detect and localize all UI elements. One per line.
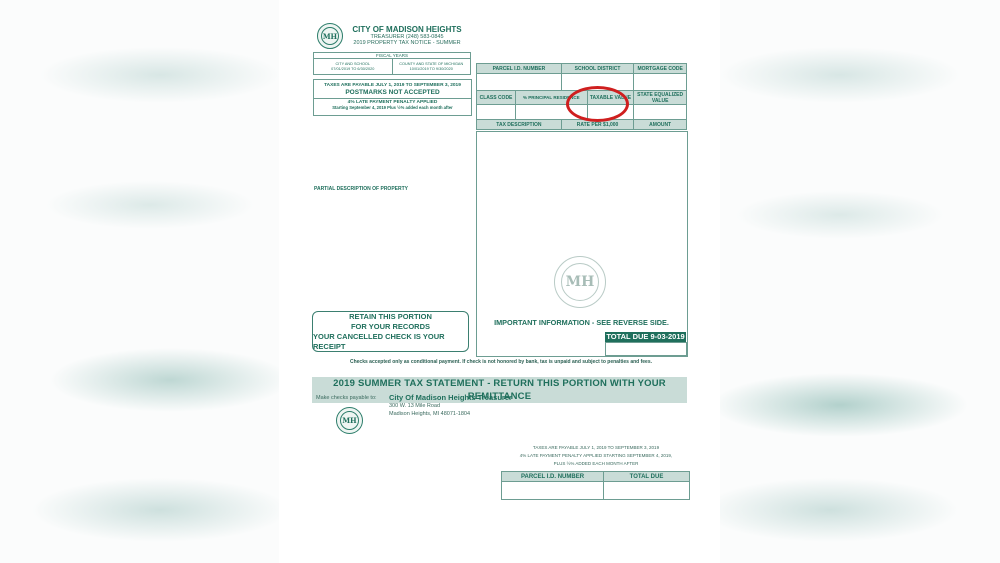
partial-description-label: PARTIAL DESCRIPTION OF PROPERTY: [314, 186, 408, 192]
total-due-value-field: [605, 342, 687, 356]
fiscal-county-state: COUNTY AND STATE OF MICHIGAN 10/01/2019 …: [392, 59, 471, 75]
remit-header-total-due: TOTAL DUE: [604, 472, 690, 482]
header-block: CITY OF MADISON HEIGHTS TREASURER (248) …: [343, 25, 471, 46]
state-equalized-value-value: [634, 105, 687, 120]
remittance-notice-1: TAXES ARE PAYABLE JULY 1, 2019 TO SEPTEM…: [501, 444, 691, 452]
payment-notice-box: TAXES ARE PAYABLE JULY 1, 2019 TO SEPTEM…: [313, 79, 472, 116]
payee-block: City Of Madison Heights Treasurer 300 W.…: [389, 394, 512, 418]
retain-line-2: FOR YOUR RECORDS: [351, 322, 430, 332]
retain-line-1: RETAIN THIS PORTION: [349, 312, 432, 322]
header-amount: AMOUNT: [634, 120, 687, 130]
mortgage-code-value: [634, 74, 687, 91]
watermark-seal-icon: MH: [554, 256, 606, 308]
important-info-text: IMPORTANT INFORMATION - SEE REVERSE SIDE…: [479, 318, 684, 327]
retain-line-3: YOUR CANCELLED CHECK IS YOUR RECEIPT: [313, 332, 468, 352]
penalty-section: 4% LATE PAYMENT PENALTY APPLIED Starting…: [314, 98, 471, 110]
remit-total-due-value: [604, 482, 690, 500]
seal-inner: MH: [321, 27, 339, 45]
watermark-text: MH: [566, 274, 595, 290]
total-due-label: TOTAL DUE 9-03-2019: [605, 332, 686, 342]
header-school-district: SCHOOL DISTRICT: [561, 64, 634, 74]
taxable-value-highlight: [566, 86, 629, 122]
penalty-detail: Starting September 4, 2019 Plus ½% added…: [314, 105, 471, 110]
checks-notice: Checks accepted only as conditional paym…: [301, 359, 701, 365]
remittance-notice-2: 4% LATE PAYMENT PENALTY APPLIED STARTING…: [501, 452, 691, 460]
payee-address-2: Madison Heights, MI 48071-1804: [389, 410, 512, 418]
remittance-notice: TAXES ARE PAYABLE JULY 1, 2019 TO SEPTEM…: [501, 444, 691, 468]
header-mortgage-code: MORTGAGE CODE: [634, 64, 687, 74]
remittance-seal-text: MH: [342, 416, 356, 425]
remittance-seal-inner: MH: [340, 411, 359, 430]
fiscal-years-table: FISCAL YEARS CITY AND SCHOOL 07/01/2019 …: [313, 52, 471, 75]
payable-to-label: Make checks payable to:: [316, 395, 377, 401]
payable-dates: TAXES ARE PAYABLE JULY 1, 2019 TO SEPTEM…: [314, 83, 471, 88]
postmarks-notice: POSTMARKS NOT ACCEPTED: [314, 89, 471, 96]
remit-header-parcel-id: PARCEL I.D. NUMBER: [502, 472, 604, 482]
payee-name: City Of Madison Heights Treasurer: [389, 394, 512, 402]
header-parcel-id: PARCEL I.D. NUMBER: [477, 64, 562, 74]
city-seal-icon: MH: [317, 23, 343, 49]
fiscal-city-school: CITY AND SCHOOL 07/01/2019 TO 6/30/2020: [314, 59, 393, 75]
header-class-code: CLASS CODE: [477, 91, 516, 105]
parcel-id-value: [477, 74, 562, 91]
remittance-notice-3: PLUS ½% ADDED EACH MONTH AFTER: [501, 460, 691, 468]
notice-title: 2019 PROPERTY TAX NOTICE - SUMMER: [343, 40, 471, 46]
city-name: CITY OF MADISON HEIGHTS: [343, 25, 471, 34]
remit-parcel-id-value: [502, 482, 604, 500]
tax-notice-page: MH CITY OF MADISON HEIGHTS TREASURER (24…: [279, 0, 720, 563]
retain-portion-box: RETAIN THIS PORTION FOR YOUR RECORDS YOU…: [312, 311, 469, 352]
remittance-table: PARCEL I.D. NUMBER TOTAL DUE: [501, 471, 690, 500]
header-tax-description: TAX DESCRIPTION: [477, 120, 562, 130]
watermark-inner: MH: [561, 263, 599, 301]
header-state-equalized-value: STATE EQUALIZED VALUE: [634, 91, 687, 105]
seal-text: MH: [323, 32, 337, 41]
remittance-seal-icon: MH: [336, 407, 363, 434]
class-code-value: [477, 105, 516, 120]
payee-address-1: 300 W. 13 Mile Road: [389, 402, 512, 410]
